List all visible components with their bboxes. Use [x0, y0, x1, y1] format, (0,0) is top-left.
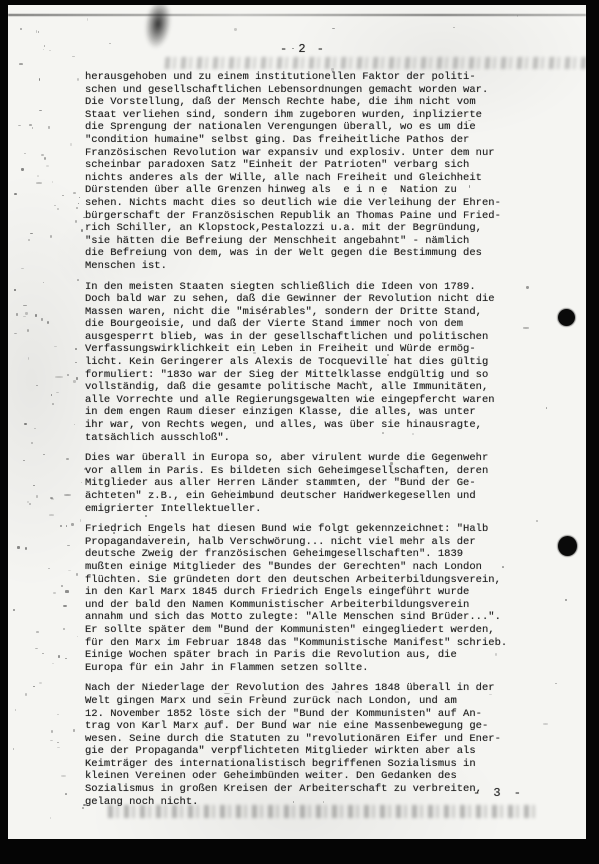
text-line: Friedrich Engels hat diesen Bund wie fol…: [85, 523, 565, 536]
text-line: rich Schiller, an Klopstock,Pestalozzi u…: [85, 222, 565, 235]
paragraph-1: herausgehoben und zu einem institutionel…: [85, 71, 565, 273]
text-line: gie der Propaganda" verpflichteten Mitgl…: [85, 745, 565, 758]
text-line: annahm und sich das Motto zulegte: "Alle…: [85, 611, 565, 624]
text-line: in den Karl Marx 1845 durch Friedrich En…: [85, 586, 565, 599]
hole-punch-mark: [558, 309, 575, 326]
text-line: trag von Karl Marx auf. Der Bund war nie…: [85, 720, 565, 733]
text-line: 12. November 1852 löste sich der "Bund d…: [85, 708, 565, 721]
page-number-bottom: - 3 -: [473, 786, 553, 800]
text-line: herausgehoben und zu einem institutionel…: [85, 71, 565, 84]
document-text: herausgehoben und zu einem institutionel…: [85, 71, 565, 816]
text-line: Menschen ist.: [85, 260, 565, 273]
text-line: licht. Kein Geringerer als Alexis de Toc…: [85, 356, 565, 369]
text-line: ächteten" z.B., ein Geheimbund deutscher…: [85, 490, 565, 503]
text-line: vollständig, daß die gesamte politische …: [85, 381, 565, 394]
text-line: tatsächlich ausschloß".: [85, 432, 565, 445]
text-line: Einige Wochen später brach in Paris die …: [85, 649, 565, 662]
text-line: deutsche Zweig der französischen Geheimg…: [85, 548, 565, 561]
smudge-top-left: [142, 5, 175, 51]
text-line: scheinbar paradoxen Satz "Einheit der Pa…: [85, 159, 565, 172]
paragraph-4: Friedrich Engels hat diesen Bund wie fol…: [85, 523, 565, 674]
text-line: Doch bald war zu sehen, daß die Gewinner…: [85, 293, 565, 306]
text-line: ihr war, von Rechts wegen, und alles, wa…: [85, 419, 565, 432]
hole-punch-mark: [558, 536, 577, 556]
paragraph-2: In den meisten Staaten siegten schließli…: [85, 281, 565, 445]
text-line: in dem engen Raum dieser einzigen Klasse…: [85, 406, 565, 419]
text-line: Staat verliehen sind, sondern ihm zugebo…: [85, 109, 565, 122]
text-line: bürgerschaft der Französischen Republik …: [85, 210, 565, 223]
text-line: In den meisten Staaten siegten schließli…: [85, 281, 565, 294]
text-line: die Sprengung der nationalen Verengungen…: [85, 121, 565, 134]
paragraph-3: Dies war überall in Europa so, aber viru…: [85, 452, 565, 515]
text-line: vor allem in Paris. Es bildeten sich Geh…: [85, 465, 565, 478]
text-line: Er sollte später dem "Bund der Kommunist…: [85, 624, 565, 637]
text-line: die Bourgeoisie, und daß der Vierte Stan…: [85, 318, 565, 331]
text-line: Dürstenden über alle Grenzen hinweg als …: [85, 184, 565, 197]
text-line: Mitglieder aus aller Herren Länder stamm…: [85, 477, 565, 490]
text-line: für den Marx im Februar 1848 das "Kommun…: [85, 637, 565, 650]
text-line: schen und gesellschaftlichen Lebensordnu…: [85, 84, 565, 97]
text-line: Nach der Niederlage der Revolution des J…: [85, 682, 565, 695]
text-line: flüchten. Sie gründeten dort den deutsch…: [85, 574, 565, 587]
text-line: Propagandaverein, halb Verschwörung... n…: [85, 536, 565, 549]
text-line: "sie hätten die Befreiung der Menschheit…: [85, 235, 565, 248]
text-line: nichts anderes als der Wille, alle nach …: [85, 172, 565, 185]
text-line: alle Vorrechte und alle Regierungsgewalt…: [85, 394, 565, 407]
page-number-top: - 2 -: [258, 42, 348, 56]
scanned-page: - 2 - herausgehoben und zu einem institu…: [0, 0, 599, 864]
text-line: Dies war überall in Europa so, aber viru…: [85, 452, 565, 465]
text-line: mußten einige Mitglieder des "Bundes der…: [85, 561, 565, 574]
text-line: "condition humaine" selbst ging. Das fre…: [85, 134, 565, 147]
text-line: Die Vorstellung, daß der Mensch Rechte h…: [85, 96, 565, 109]
ghost-text-top: [165, 57, 586, 69]
text-line: Massen waren, nicht die "misérables", so…: [85, 306, 565, 319]
text-line: sehen. Nichts macht dies so deutlich wie…: [85, 197, 565, 210]
text-line: ausgesperrt blieb, was in der gesellscha…: [85, 331, 565, 344]
ghost-text-bottom: [108, 805, 538, 818]
scan-line-artifact: [8, 14, 586, 16]
text-line: Verfassungswirklichkeit ein Leben in Fre…: [85, 343, 565, 356]
text-line: die Befreiung von dem, was in der Welt g…: [85, 247, 565, 260]
text-line: Keimträger des internationalistisch begr…: [85, 758, 565, 771]
paper: - 2 - herausgehoben und zu einem institu…: [8, 5, 586, 839]
text-line: und der bald den Namen Kommunistischer A…: [85, 599, 565, 612]
text-line: kleinen Vereinen oder Geheimbünden weite…: [85, 770, 565, 783]
text-line: formuliert: "183o war der Sieg der Mitte…: [85, 369, 565, 382]
text-line: Französischen Revolution war expansiv un…: [85, 147, 565, 160]
text-line: Europa für ein Jahr in Flammen setzen so…: [85, 662, 565, 675]
text-line: emigrierter Intellektueller.: [85, 503, 565, 516]
text-line: Welt gingen Marx und sein Freund zurück …: [85, 695, 565, 708]
text-line: wesen. Seine durch die Statuten zu "revo…: [85, 733, 565, 746]
